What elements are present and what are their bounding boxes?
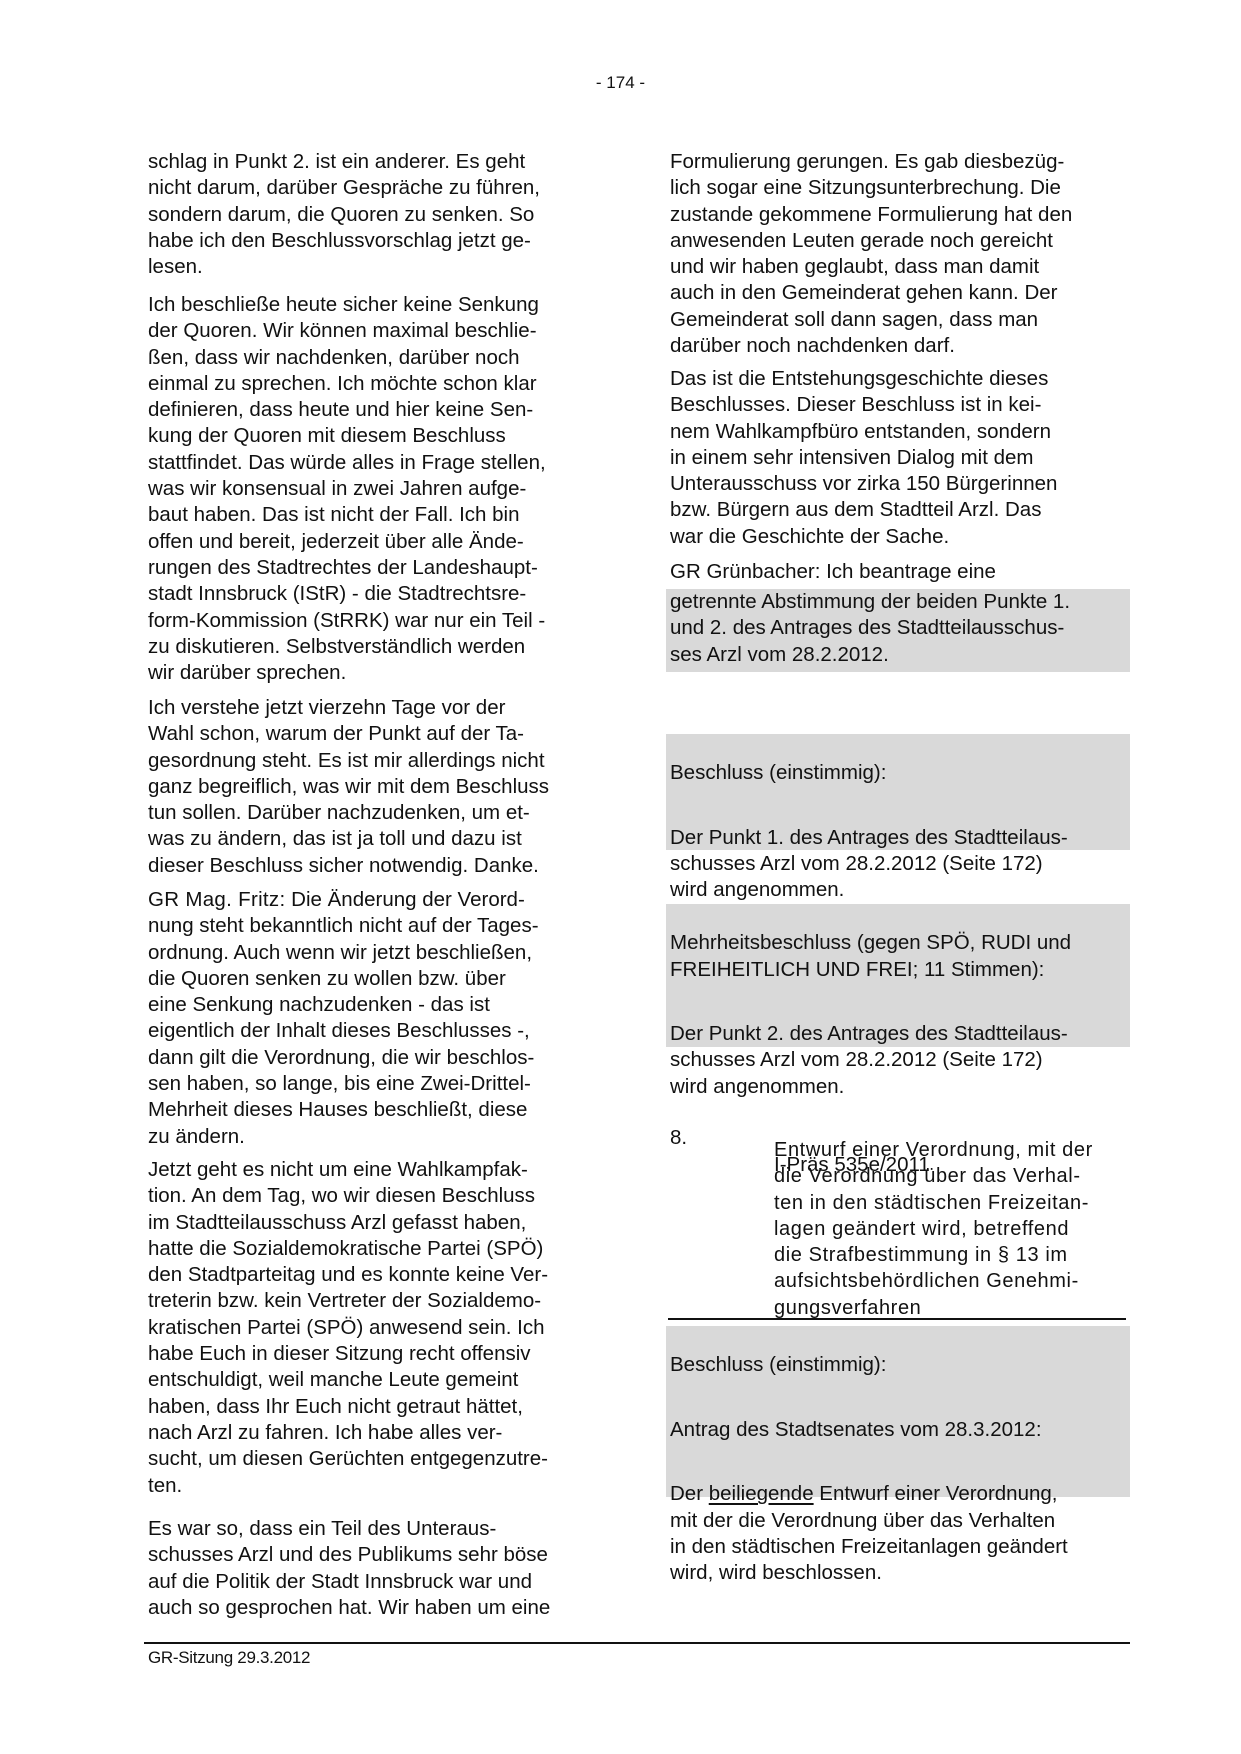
paragraph: Ich beschließe heute sicher keine Senkun… (148, 292, 598, 686)
footer-text: GR-Sitzung 29.3.2012 (148, 1648, 310, 1668)
paragraph: Ich verstehe jetzt vierzehn Tage vor der… (148, 695, 598, 879)
paragraph: Jetzt geht es nicht um eine Wahlkampfak-… (148, 1157, 598, 1499)
resolution-3: Beschluss (einstimmig): Antrag des Stadt… (666, 1326, 1130, 1497)
agenda-item-divider (668, 1318, 1126, 1320)
speaker-name: GR Mag. Fritz: (148, 888, 285, 911)
agenda-item-number: 8. (670, 1125, 687, 1151)
resolution-subtitle: Antrag des Stadtsenates vom 28.3.2012: (670, 1417, 1126, 1443)
speech-text: Die Änderung der Verord- nung steht beka… (148, 888, 539, 1148)
paragraph: Das ist die Entstehungsgeschichte dieses… (670, 366, 1128, 550)
resolution-1: Beschluss (einstimmig): Der Punkt 1. des… (666, 734, 1130, 850)
resolution-title: Beschluss (einstimmig): (670, 760, 1126, 786)
page-number: - 174 - (0, 73, 1241, 93)
underlined-word: beiliegende (709, 1482, 814, 1505)
resolution-text: Der beiliegende Entwurf einer Verordnung… (670, 1481, 1126, 1586)
speech-gruenbacher: GR Grünbacher: Ich beantrage eine (670, 559, 1128, 585)
speaker-name: GR Grünbacher: (670, 560, 820, 583)
speech-fritz: GR Mag. Fritz: Die Änderung der Verord- … (148, 887, 598, 1150)
resolution-title: Beschluss (einstimmig): (670, 1352, 1126, 1378)
paragraph: Es war so, dass ein Teil des Unteraus- s… (148, 1516, 598, 1621)
resolution-2: Mehrheitsbeschluss (gegen SPÖ, RUDI und … (666, 904, 1130, 1047)
motion-box: getrennte Abstimmung der beiden Punkte 1… (666, 589, 1130, 672)
footer-divider (144, 1642, 1130, 1644)
resolution-title: Mehrheitsbeschluss (gegen SPÖ, RUDI und … (670, 930, 1126, 983)
resolution-text: Der Punkt 2. des Antrages des Stadtteila… (670, 1021, 1126, 1100)
agenda-item-description: Entwurf einer Verordnung, mit der die Ve… (774, 1137, 1093, 1321)
speech-text: Ich beantrage eine (820, 560, 996, 583)
resolution-text: Der Punkt 1. des Antrages des Stadtteila… (670, 825, 1126, 904)
paragraph: Formulierung gerungen. Es gab diesbezüg-… (670, 149, 1128, 359)
paragraph: schlag in Punkt 2. ist ein anderer. Es g… (148, 149, 598, 280)
agenda-item: 8. I-Präs 535e/2011 Entwurf einer Verord… (670, 1099, 1128, 1204)
